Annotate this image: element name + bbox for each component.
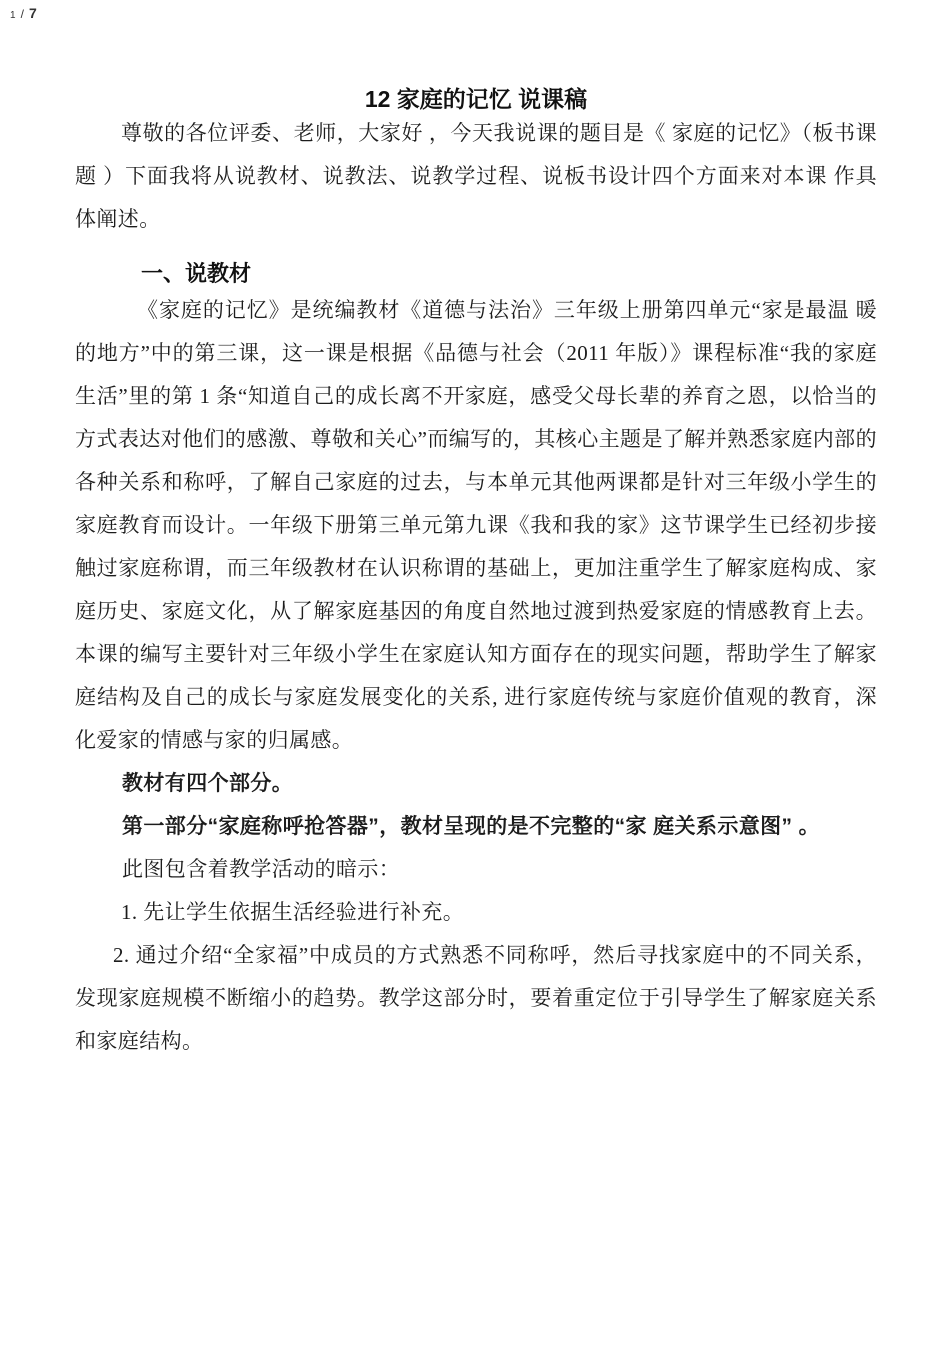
document-title: 12 家庭的记忆 说课稿 [75, 86, 877, 112]
page-indicator-current: 1 [10, 10, 17, 21]
paragraph-hint-item-1: 1. 先让学生依据生活经验进行补充。 [75, 891, 877, 934]
document-page: 1 / 7 12 家庭的记忆 说课稿 尊敬的各位评委、老师，大家好 ，今天我说课… [0, 0, 950, 1345]
paragraph-teaching-hint: 此图包含着教学活动的暗示： [75, 848, 877, 891]
paragraph-hint-item-2: 2. 通过介绍“全家福”中成员的方式熟悉不同称呼，然后寻找家庭中的不同关系，发现… [75, 934, 877, 1063]
paragraph-four-parts: 教材有四个部分。 [75, 762, 877, 805]
section-heading-textbook: 一、说教材 [141, 259, 877, 289]
page-indicator: 1 / 7 [10, 5, 38, 21]
document-content: 12 家庭的记忆 说课稿 尊敬的各位评委、老师，大家好 ，今天我说课的题目是《 … [75, 0, 877, 1063]
page-indicator-separator: / [21, 7, 25, 21]
paragraph-textbook-analysis: 《家庭的记忆》是统编教材《道德与法治》三年级上册第四单元“家是最温 暖的地方”中… [75, 289, 877, 762]
page-indicator-total: 7 [29, 5, 38, 21]
paragraph-greeting-intro: 尊敬的各位评委、老师，大家好 ，今天我说课的题目是《 家庭的记忆》（板书课题 ）… [75, 112, 877, 241]
paragraph-part-one-title: 第一部分“家庭称呼抢答器”，教材呈现的是不完整的“家 庭关系示意图” 。 [75, 805, 877, 848]
